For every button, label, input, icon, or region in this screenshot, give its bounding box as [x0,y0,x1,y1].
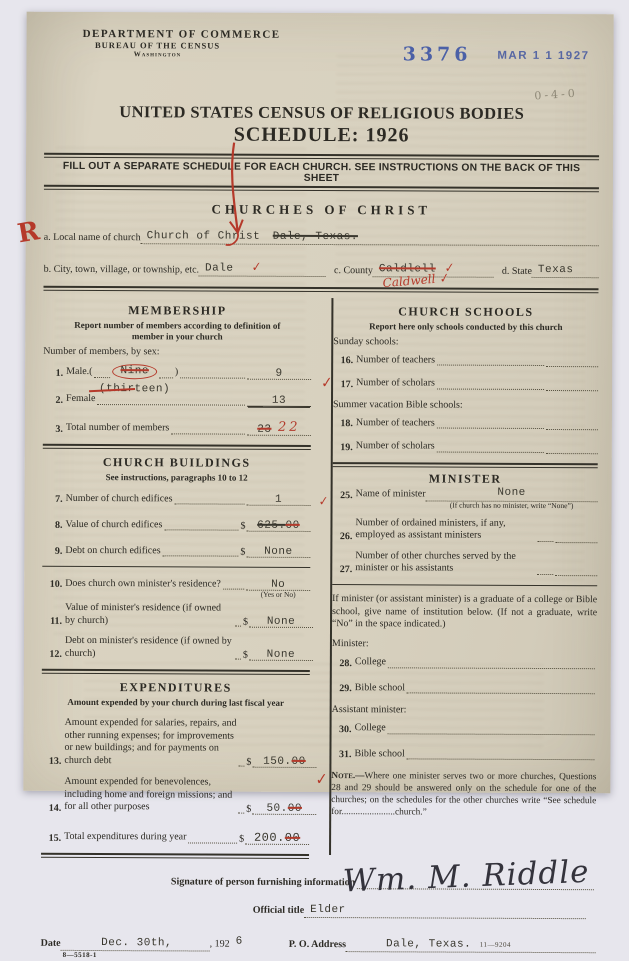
q25-caption: (If church has no minister, write “None”… [426,500,598,510]
field-d-label: d. State [502,266,532,278]
q27-number: 27. [332,564,355,575]
city-value: Dale [205,263,233,275]
q26-number: 26. [332,531,355,542]
q2-answer-line: 13 [247,393,311,406]
q8-label: Value of church edifices [65,519,162,532]
question-row-7: 7. Number of church edifices 1 [43,492,311,506]
red-check-city: ✓ [252,259,262,275]
summer-schools-label: Summer vacation Bible schools: [333,399,598,411]
q3-label: Total number of members [66,422,169,435]
buildings-heading: CHURCH BUILDINGS [43,454,311,470]
field-c-label: c. County [334,265,373,277]
q1-struck-word: Nine [112,364,156,379]
q13-answer-line: 150.00 [252,755,316,768]
question-row-26: 26. Number of ordained ministers, if any… [332,517,597,543]
q3-answer-line: 23 22 [247,419,311,435]
rule [332,584,597,586]
local-name-struck-text: Dale, Texas. [273,231,358,243]
q25-answer-line: None (If church has no minister, write “… [426,488,598,502]
red-check-q17: ✓ [321,374,333,392]
minister-heading: MINISTER [333,471,598,487]
field-a-label: a. Local name of church [44,232,141,244]
question-row-17: ✓ 17. Number of scholars [333,377,598,391]
red-check-q25: ✓ [318,493,328,509]
rule [333,462,598,468]
q13-label: Amount expended for salaries, repairs, a… [64,717,236,768]
expenditures-heading: EXPENDITURES [42,680,310,696]
q1-close-paren: ) [175,366,178,379]
q1-answer-line: 9 [247,366,311,379]
q26-label: Number of ordained ministers, if any, em… [355,517,535,543]
instruction-banner: FILL OUT A SEPARATE SCHEDULE FOR EACH CH… [44,158,599,187]
q12-number: 12. [42,649,65,660]
right-column: CHURCH SCHOOLS Report here only schools … [319,298,598,800]
question-row-27: 27. Number of other churches served by t… [332,550,597,576]
question-row-12: 12. Debt on minister's residence (if own… [42,635,310,661]
q11-answer: None [267,616,295,628]
serial-number-stamp: 3376 [403,43,472,65]
question-row-2: (thirteen) 2. Female 13 [43,392,311,406]
membership-subtitle: Report number of members according to de… [62,320,292,343]
form-title: UNITED STATES CENSUS OF RELIGIOUS BODIES [44,102,599,124]
q19-answer-line [546,453,598,454]
q11-answer-line: None [249,615,313,628]
expenditures-subtitle: Amount expended by your church during la… [42,697,310,709]
note-label: Note.— [331,771,364,781]
question-row-19: 19. Number of scholars [333,440,598,454]
field-c-value-line: Caldlell ✓ Caldwell ✓ [373,260,494,278]
q25-answer: None [497,487,525,499]
note-paragraph: ✓ Note.—Where one minister serves two or… [331,770,596,800]
q9-label: Debt on church edifices [65,545,160,558]
q16-answer-line [546,366,598,367]
question-row-1: 1. Male.( Nine ) 9 [43,363,311,379]
q10-yes-or-no-caption: (Yes or No) [246,590,310,599]
q10-answer-line: No (Yes or No) [246,578,310,591]
membership-intro: Number of members, by sex: [43,345,311,357]
q3-struck-answer: 23 [257,423,271,435]
q9-answer-line: None [246,545,310,558]
rule [44,185,599,192]
q12-answer-line: None [249,648,313,661]
q1-label: Male.( [66,366,92,379]
red-arrow-annotation [214,141,258,253]
q3-number: 3. [43,423,66,434]
question-row-16: 16. Number of teachers [333,354,598,368]
q30-number: 30. [332,724,355,735]
question-row-13: 13. Amount expended for salaries, repair… [41,717,309,768]
q13-struck-cents: 00 [291,756,305,768]
q27-answer-line [555,575,597,576]
rule [43,443,311,449]
schools-subtitle: Report here only schools conducted by th… [333,321,598,333]
rule [42,566,310,568]
field-city-county-state: b. City, town, village, or township, etc… [44,259,599,278]
question-row-3: 3. Total number of members 23 22 [43,418,311,435]
q13-number: 13. [41,756,64,767]
q29-number: 29. [332,683,355,694]
assistant-minister-label: Assistant minister: [332,704,597,716]
q16-label: Number of teachers [356,354,435,367]
form-subtitle: SCHEDULE: 1926 [44,123,599,148]
q9-answer: None [264,546,292,558]
q18-label: Number of teachers [356,417,435,430]
q14-label: Amount expended for benevolences, includ… [64,776,236,800]
q12-label: Debt on minister's residence (if owned b… [65,635,233,661]
state-value: Texas [538,264,574,276]
q7-label: Number of church edifices [66,493,173,506]
q9-number: 9. [42,546,65,557]
q11-label: Value of minister's residence (if owned … [65,602,233,628]
question-row-18: 18. Number of teachers [333,417,598,431]
minister-label: Minister: [332,638,597,650]
form-header: DEPARTMENT OF COMMERCE BUREAU OF THE CEN… [44,28,599,90]
red-margin-letter: R [15,216,41,249]
q25-label: Name of minister [356,488,426,501]
q7-answer: 1 [275,494,282,506]
q16-number: 16. [333,355,356,366]
q2-answer: 13 [272,394,286,406]
form-body-columns: MEMBERSHIP Report number of members acco… [41,297,598,800]
note-body: Where one minister serves two or more ch… [331,771,596,800]
question-row-10: 10. Does church own minister's residence… [42,577,310,591]
field-b-label: b. City, town, village, or township, etc… [44,264,200,277]
q11-number: 11. [42,616,65,627]
received-date-stamp: MAR 1 1 1927 [497,50,589,62]
q18-number: 18. [333,418,356,429]
question-row-9: 9. Debt on church edifices $ None [42,544,310,558]
q31-number: 31. [331,749,354,760]
q7-answer-line: 1 [247,493,311,506]
q13-value: 150. [263,756,291,768]
question-row-25: ✓ 25. Name of minister None (If church h… [333,488,598,502]
q1-answer: 9 [276,367,283,379]
left-column: MEMBERSHIP Report number of members acco… [41,297,321,800]
q2-number: 2. [43,394,66,405]
q3-red-correction: 22 [278,419,301,434]
q28-number: 28. [332,658,355,669]
q10-label: Does church own minister's residence? [65,578,221,591]
field-a-value-line: Church of Christ Dale, Texas. [141,230,599,246]
field-local-name: a. Local name of church Church of Christ… [44,230,599,246]
q8-struck-value: 625. [257,520,285,532]
q8-struck-cents: 00 [286,520,300,532]
membership-heading: MEMBERSHIP [43,303,311,319]
sunday-schools-label: Sunday schools: [333,336,598,348]
agency-line3: Washington [82,50,232,59]
question-row-30: 30. College [332,722,597,736]
q19-label: Number of scholars [356,440,435,453]
question-row-11: 11. Value of minister's residence (if ow… [42,602,310,628]
q25-number: 25. [333,490,356,501]
schools-heading: CHURCH SCHOOLS [333,304,598,320]
buildings-subtitle: See instructions, paragraphs 10 to 12 [43,471,311,483]
question-row-14: 14. Amount expended for benevolences, in… [41,776,309,800]
q26-answer-line [555,542,597,543]
q17-answer-line [546,390,598,391]
q29-label: Bible school [355,682,405,695]
q17-number: 17. [333,379,356,390]
red-check-note: ✓ [315,769,328,791]
q28-label: College [355,656,386,669]
graduate-instruction: If minister (or assistant minister) is a… [332,593,597,632]
q30-label: College [355,722,386,735]
rule [43,286,598,293]
question-row-29: 29. Bible school [332,682,597,696]
census-schedule-sheet: DEPARTMENT OF COMMERCE BUREAU OF THE CEN… [23,12,613,794]
q10-number: 10. [42,579,65,590]
agency-line2: BUREAU OF THE CENSUS [83,41,233,51]
question-row-28: 28. College [332,656,597,670]
q8-answer-line: 625.00 [246,519,310,532]
q7-number: 7. [43,494,66,505]
q1-number: 1. [43,367,66,378]
denomination-heading: CHURCHES OF CHRIST [44,201,599,219]
question-row-8: 8. Value of church edifices $ 625.00 [42,518,310,532]
q31-label: Bible school [354,748,404,761]
field-b-value-line: Dale ✓ [199,259,326,277]
scanned-census-form: { "header": { "agency_line1": "DEPARTMEN… [0,0,629,800]
q18-answer-line [546,429,598,430]
q27-label: Number of other churches served by the m… [355,550,535,576]
field-d-value-line: Texas [532,264,599,278]
q2-label: Female [66,393,95,406]
q19-number: 19. [333,442,356,453]
rule [42,669,310,675]
question-row-31: 31. Bible school [331,748,596,762]
q12-answer: None [267,649,295,661]
pencil-notation: 0-4-0 [534,87,578,103]
q17-label: Number of scholars [356,377,435,390]
q8-number: 8. [42,520,65,531]
